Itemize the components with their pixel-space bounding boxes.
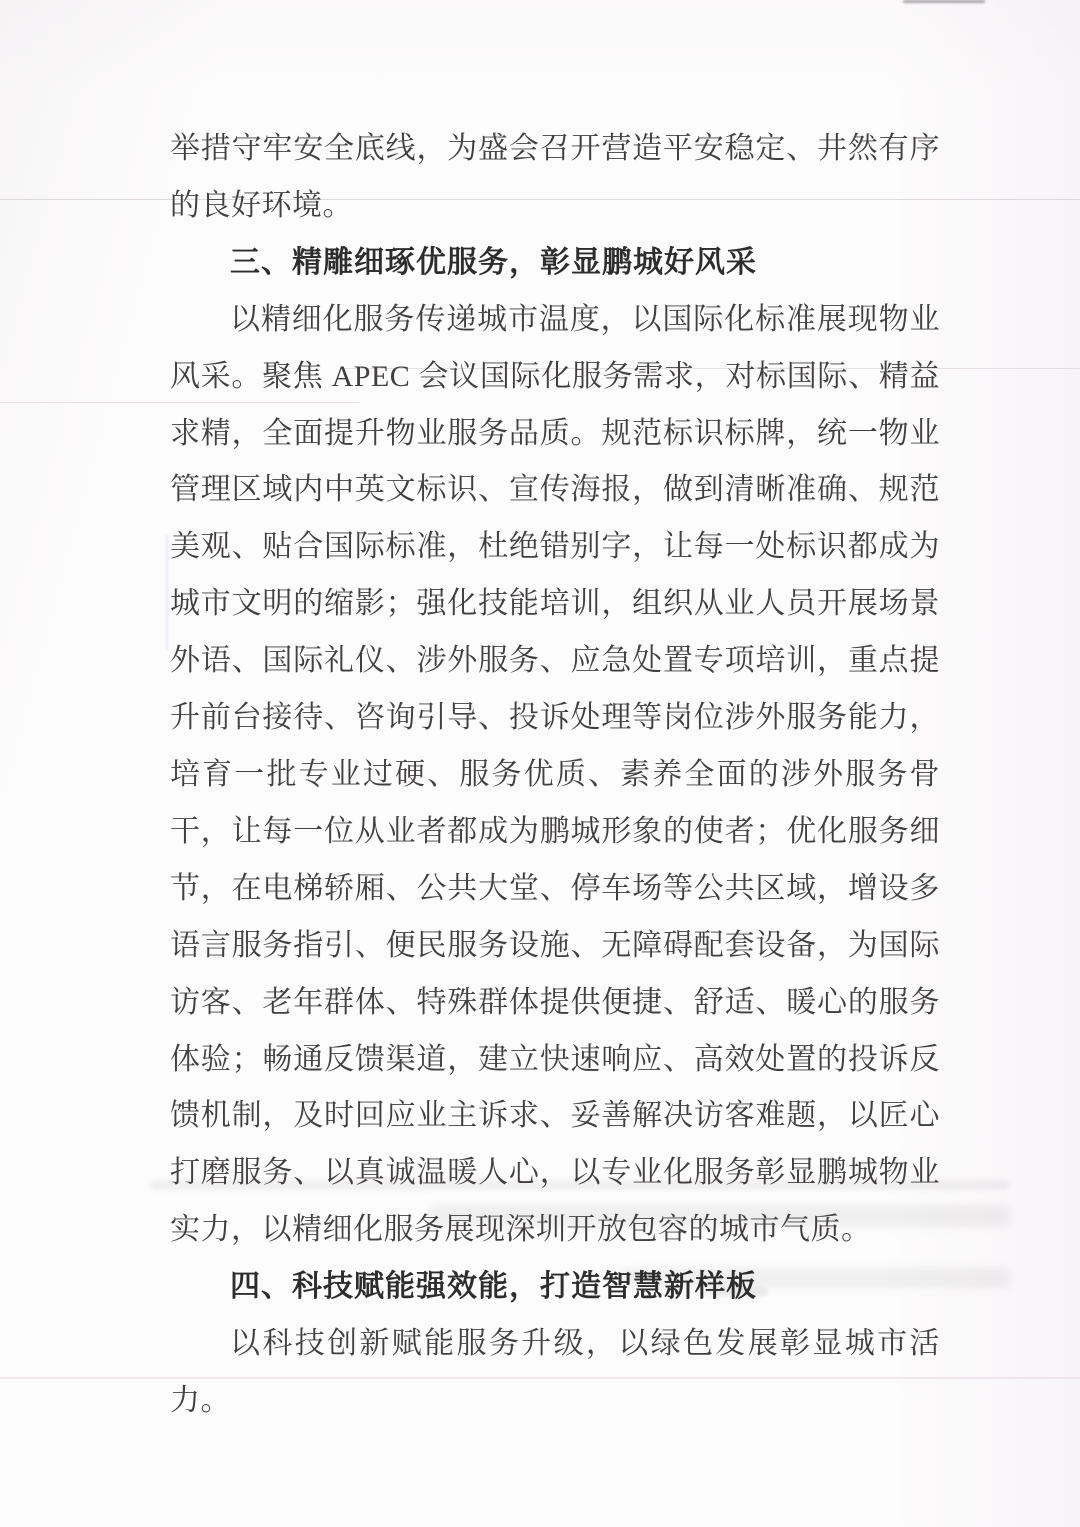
section-heading-3: 三、精雕细琢优服务，彰显鹏城好风采	[170, 235, 940, 292]
paragraph-continuation: 举措守牢安全底线，为盛会召开营造平安稳定、井然有序的良好环境。	[170, 121, 940, 235]
scan-streak	[166, 535, 168, 650]
paragraph-section-3: 以精细化服务传递城市温度，以国际化标准展现物业风采。聚焦 APEC 会议国际化服…	[170, 292, 940, 1259]
scan-smudge	[903, 0, 985, 3]
document-content: 举措守牢安全底线，为盛会召开营造平安稳定、井然有序的良好环境。 三、精雕细琢优服…	[170, 121, 940, 1430]
scanned-document-page: { "page": { "paper_color": "#fdfcfc", "t…	[0, 0, 1080, 1527]
paragraph-section-4: 以科技创新赋能服务升级，以绿色发展彰显城市活力。	[170, 1316, 940, 1430]
section-heading-4: 四、科技赋能强效能，打造智慧新样板	[170, 1259, 940, 1316]
